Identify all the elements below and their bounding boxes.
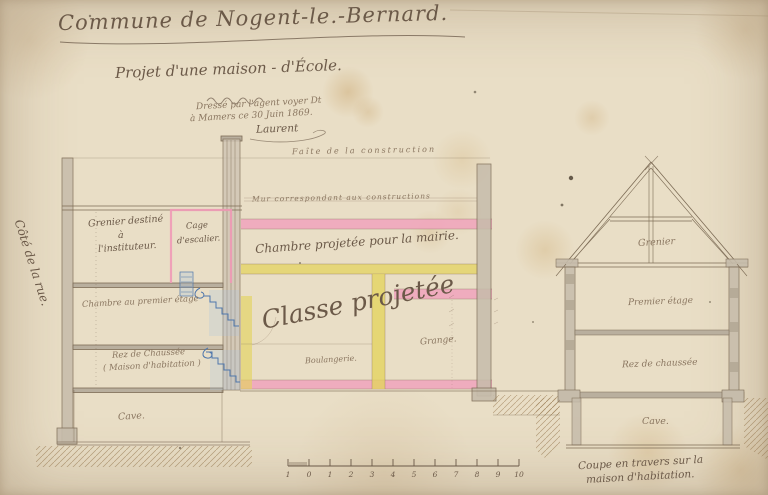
- scale-number: 5: [408, 470, 420, 479]
- left-attic-label-line2: à: [118, 231, 124, 241]
- scale-number: 6: [429, 470, 441, 479]
- scale-number: 7: [450, 470, 462, 479]
- aged-paper-sheet: Commune de Nogent-le.-Bernard. Projet d'…: [0, 0, 768, 495]
- scale-number: 9: [492, 470, 504, 479]
- scale-number: 1: [324, 470, 336, 479]
- stair-cage-label-line1: Cage: [186, 221, 209, 231]
- right-building-section: [536, 156, 768, 460]
- scale-number: 4: [387, 470, 399, 479]
- scale-number: 1: [282, 470, 294, 479]
- scale-number: 10: [513, 470, 525, 479]
- right-attic-label: Grenier: [638, 237, 676, 248]
- paper-crease: [450, 10, 768, 16]
- scale-number: 3: [366, 470, 378, 479]
- scale-number: 8: [471, 470, 483, 479]
- right-cellar-label: Cave.: [642, 417, 669, 427]
- scale-bar: [288, 459, 519, 466]
- left-cellar-label: Cave.: [118, 411, 145, 422]
- scale-number: 0: [303, 470, 315, 479]
- signature: Laurent: [256, 123, 299, 135]
- title-underline-flourish: [60, 35, 465, 43]
- scale-number: 2: [345, 470, 357, 479]
